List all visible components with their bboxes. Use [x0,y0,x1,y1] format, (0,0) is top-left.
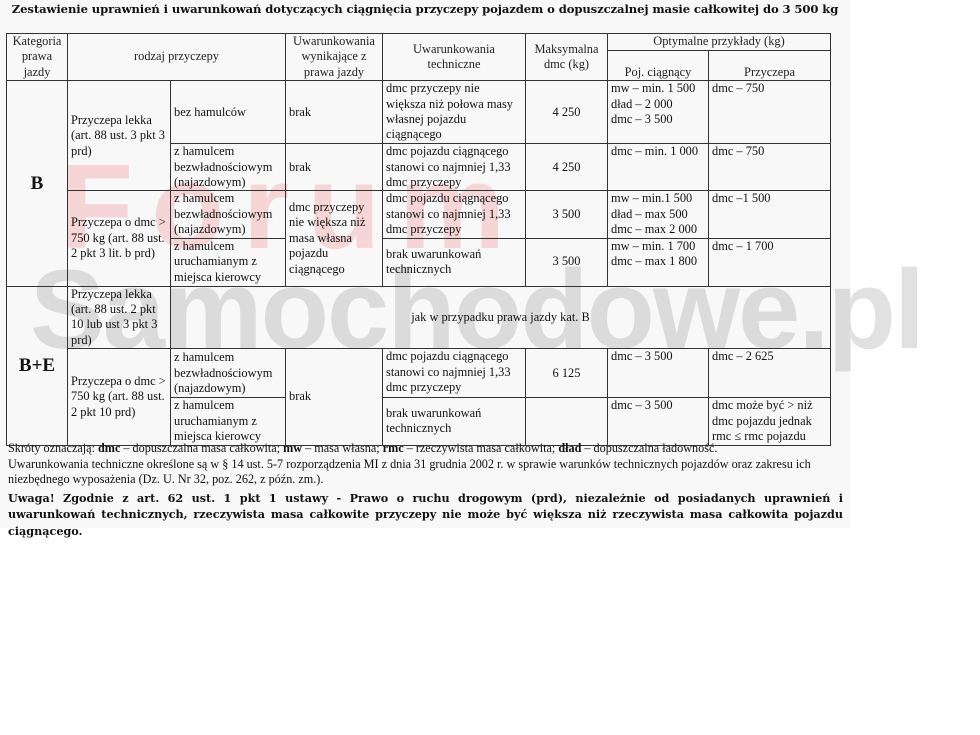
brake-type: z hamulcem bezwładnościowym (najazdowym) [171,144,286,191]
vehicle-example: dmc – min. 1 000 [608,144,709,191]
warning-note: Uwaga! Zgodnie z art. 62 ust. 1 pkt 1 us… [8,490,843,540]
license-conditions: brak [286,349,383,445]
technical-conditions: dmc pojazdu ciągnącego stanowi co najmni… [383,191,526,238]
brake-type: z hamulcem uruchamianym z miejsca kierow… [171,398,286,445]
trailer-type: Przyczepa o dmc > 750 kg (art. 88 ust. 2… [68,191,171,286]
vehicle-example: mw – min. 1 700dmc – max 1 800 [608,238,709,286]
trailer-example: dmc – 750 [709,144,831,191]
max-gvw: 4 250 [526,81,608,144]
footnotes: Skróty oznaczają: dmc – dopuszczalna mas… [8,441,843,539]
vehicle-example: dmc – 3 500 [608,349,709,398]
document-page: Zestawienie uprawnień i uwarunkowań doty… [0,0,850,528]
license-conditions: brak [286,144,383,191]
max-gvw: 6 125 [526,349,608,398]
brake-type: z hamulcem bezwładnościowym (najazdowym) [171,191,286,238]
document-title: Zestawienie uprawnień i uwarunkowań doty… [0,2,850,16]
header-towing-vehicle: Poj. ciągnący [608,50,709,81]
example-line: dład – max 500 [611,207,705,222]
header-license-conditions: Uwarunkowania wynikające z prawa jazdy [286,34,383,81]
example-line: dmc pojazdu jednak [712,414,827,429]
brake-type: z hamulcem bezwładnościowym (najazdowym) [171,349,286,398]
technical-conditions: dmc przyczepy nie większa niż połowa mas… [383,81,526,144]
vehicle-example: mw – min.1 500dład – max 500dmc – max 2 … [608,191,709,238]
trailer-example: dmc – 750 [709,81,831,144]
header-max-gvw: Maksymalna dmc (kg) [526,34,608,81]
max-gvw: 4 250 [526,144,608,191]
technical-conditions: dmc pojazdu ciągnącego stanowi co najmni… [383,144,526,191]
table-row: B Przyczepa lekka (art. 88 ust. 3 pkt 3 … [7,81,831,144]
max-gvw: 3 500 [526,191,608,238]
example-line: mw – min. 1 500 [611,81,705,96]
example-line: dmc –1 500 [712,191,827,206]
license-conditions: brak [286,81,383,144]
table-row: B+E Przyczepa lekka (art. 88 ust. 2 pkt … [7,286,831,349]
category-be: B+E [7,286,68,445]
example-line: dmc – 750 [712,81,827,96]
example-line: dmc – max 2 000 [611,222,705,237]
table-row: Przyczepa o dmc > 750 kg (art. 88 ust. 2… [7,191,831,238]
vehicle-example: mw – min. 1 500dład – 2 000dmc – 3 500 [608,81,709,144]
brake-type: z hamulcem uruchamianym z miejsca kierow… [171,238,286,286]
trailer-example: dmc –1 500 [709,191,831,238]
abbreviations-note: Skróty oznaczają: dmc – dopuszczalna mas… [8,441,843,457]
trailer-type: Przyczepa o dmc > 750 kg (art. 88 ust. 2… [68,349,171,445]
example-line: mw – min.1 500 [611,191,705,206]
example-line: dmc – max 1 800 [611,254,705,269]
merged-note: jak w przypadku prawa jazdy kat. B [171,286,831,349]
technical-conditions: brak uwarunkowań technicznych [383,398,526,445]
regulation-note: Uwarunkowania techniczne określone są w … [8,457,843,488]
license-conditions: dmc przyczepy nie większa niż masa własn… [286,191,383,286]
example-line: dmc może być > niż [712,398,827,413]
trailer-example: dmc może być > niżdmc pojazdu jednakrmc … [709,398,831,445]
example-line: dmc – 750 [712,144,827,159]
example-line: dmc – min. 1 000 [611,144,705,159]
trailer-example: dmc – 1 700 [709,238,831,286]
header-technical-conditions: Uwarunkowania techniczne [383,34,526,81]
technical-conditions: brak uwarunkowań technicznych [383,238,526,286]
category-b: B [7,81,68,286]
example-line: dmc – 3 500 [611,398,705,413]
example-line: mw – min. 1 700 [611,239,705,254]
header-trailer-type: rodzaj przyczepy [68,34,286,81]
trailer-type: Przyczepa lekka (art. 88 ust. 3 pkt 3 pr… [68,81,171,191]
max-gvw [526,398,608,445]
trailer-type: Przyczepa lekka (art. 88 ust. 2 pkt 10 l… [68,286,171,349]
example-line: dmc – 2 625 [712,349,827,364]
example-line: dmc – 3 500 [611,349,705,364]
header-category: Kategoria prawa jazdy [7,34,68,81]
max-gvw: 3 500 [526,238,608,286]
trailer-rules-table: Kategoria prawa jazdy rodzaj przyczepy U… [6,33,831,446]
header-trailer: Przyczepa [709,50,831,81]
header-optimal-examples: Optymalne przykłady (kg) [608,34,831,51]
example-line: dmc – 3 500 [611,112,705,127]
table-row: Przyczepa o dmc > 750 kg (art. 88 ust. 2… [7,349,831,398]
example-line: dład – 2 000 [611,97,705,112]
vehicle-example: dmc – 3 500 [608,398,709,445]
trailer-example: dmc – 2 625 [709,349,831,398]
brake-type: bez hamulców [171,81,286,144]
example-line: dmc – 1 700 [712,239,827,254]
technical-conditions: dmc pojazdu ciągnącego stanowi co najmni… [383,349,526,398]
